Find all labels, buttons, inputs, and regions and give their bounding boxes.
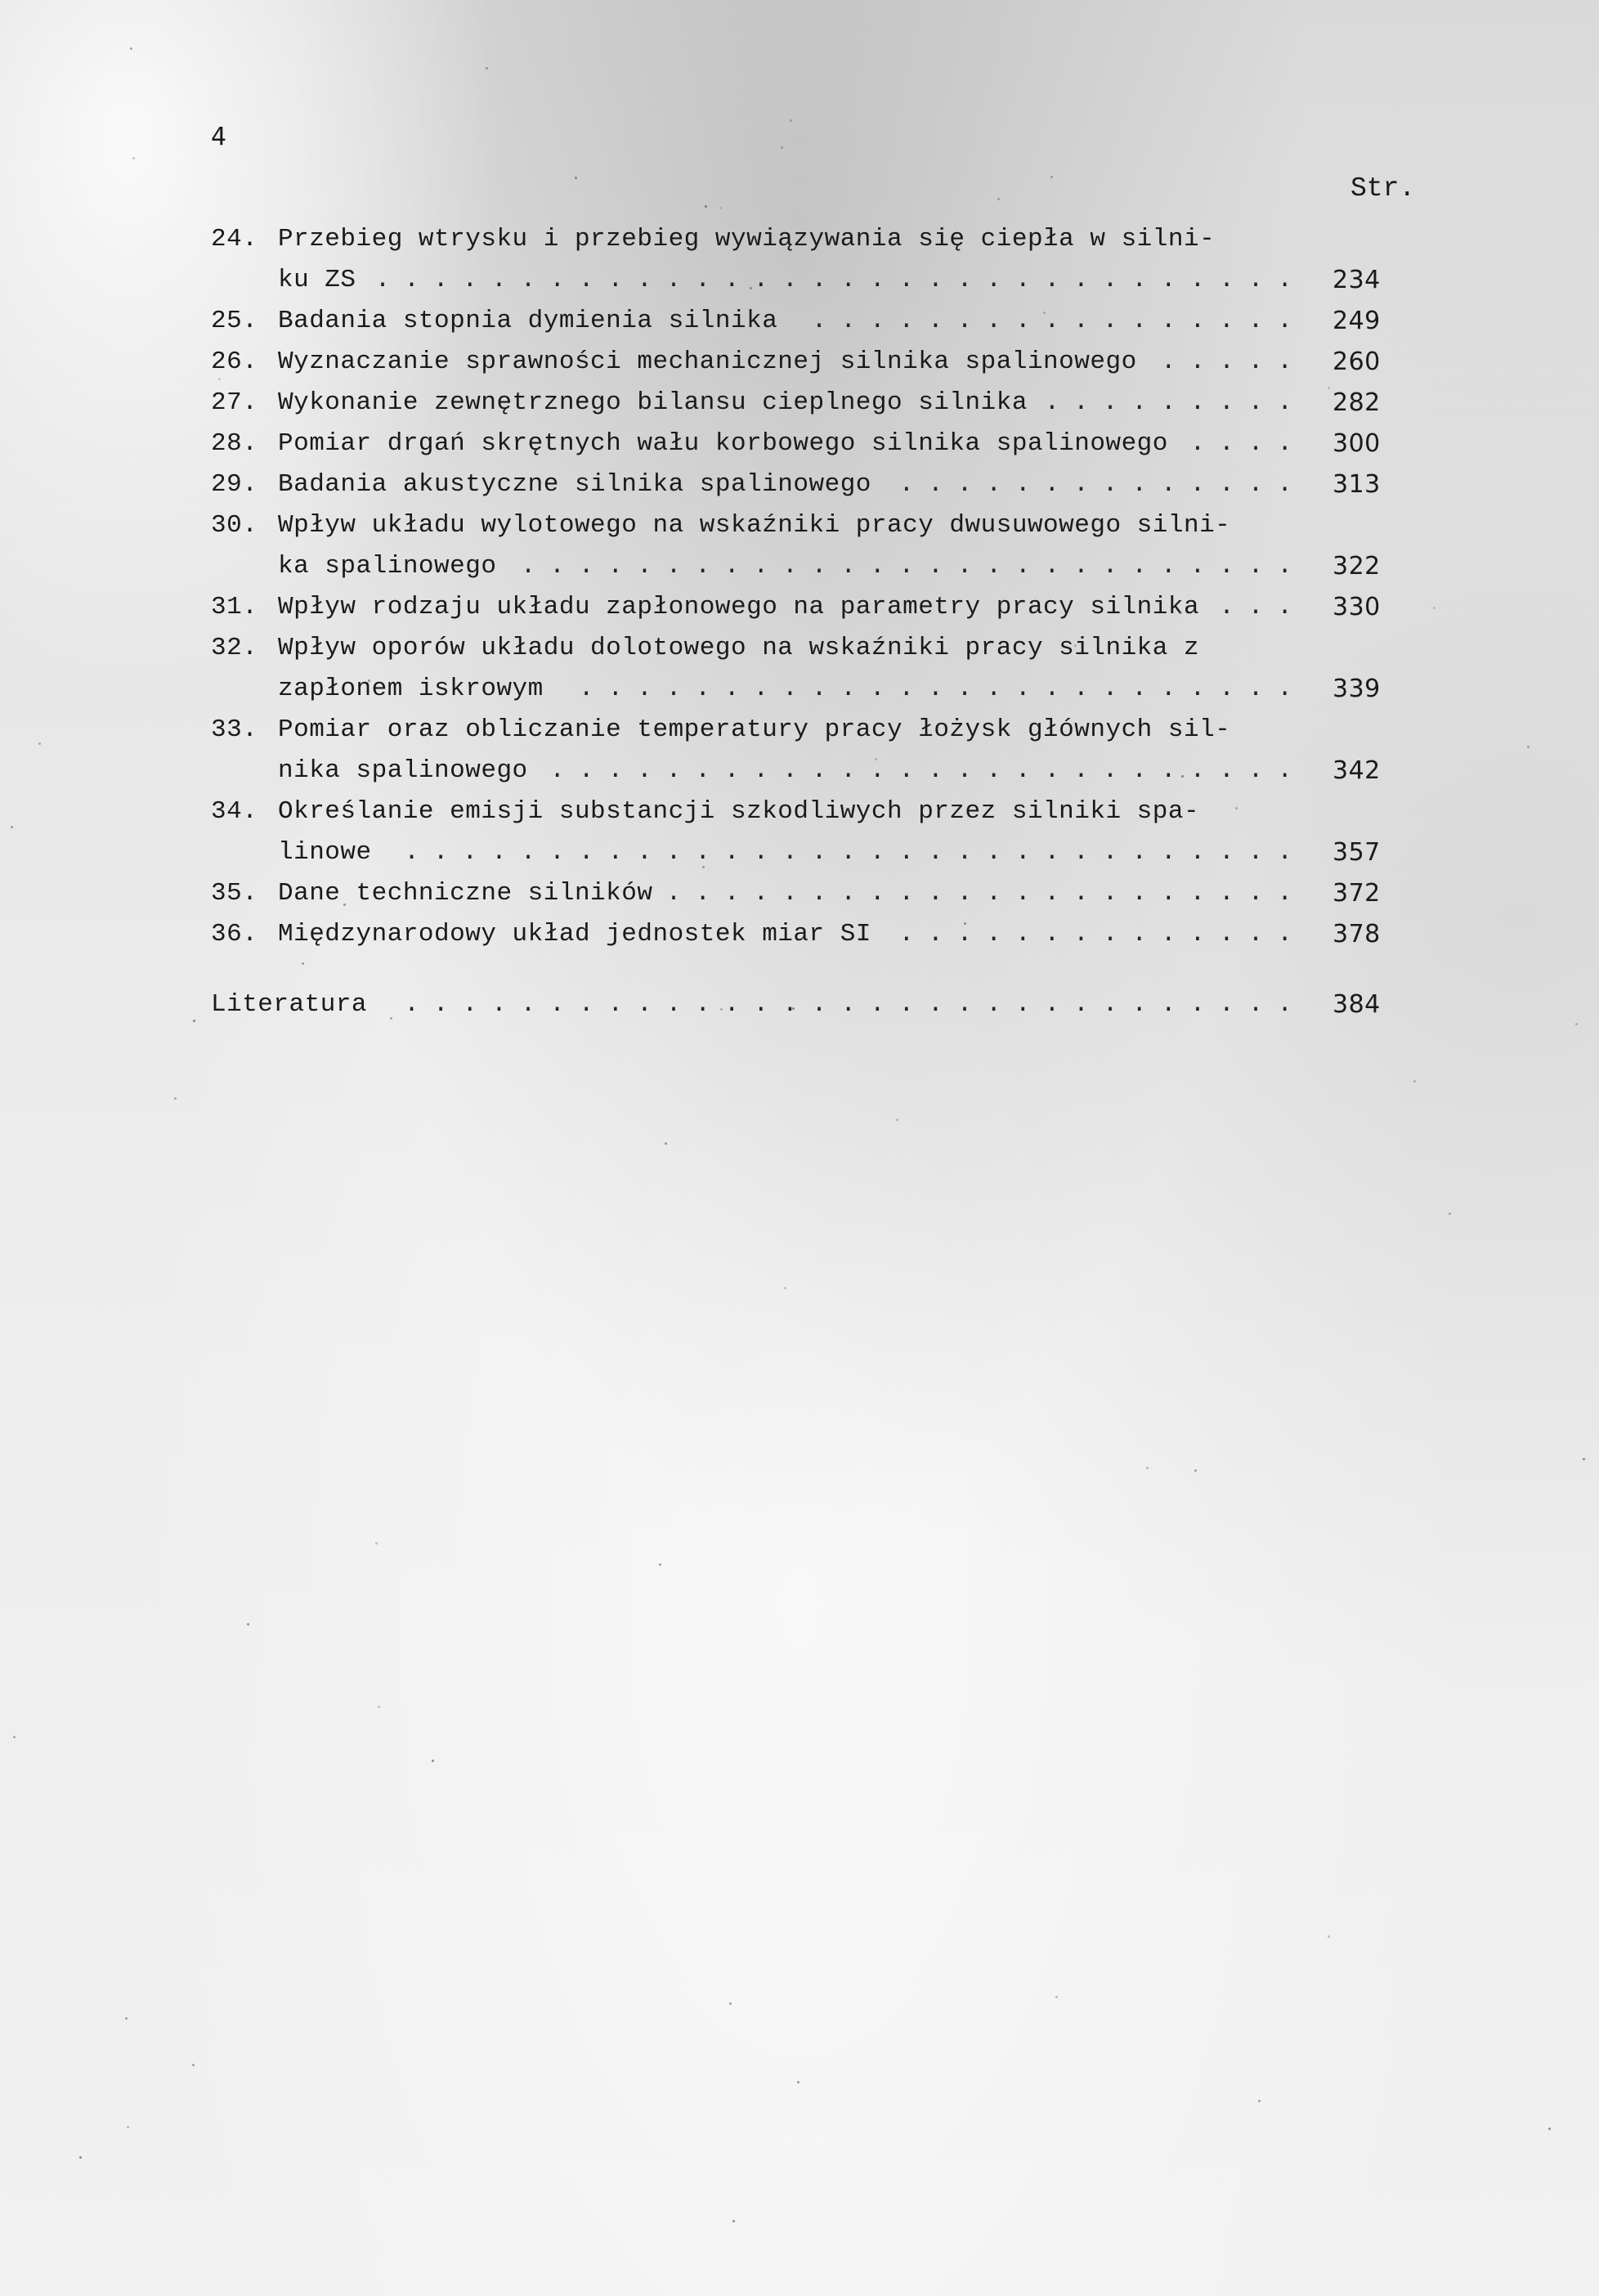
toc-entry-number: 25.: [211, 301, 278, 342]
toc-entry: 33.Pomiar oraz obliczanie temperatury pr…: [211, 710, 1396, 791]
toc-leader-dots: .....: [1161, 342, 1306, 383]
toc-leader-dots: ......................: [666, 873, 1306, 914]
paper-fleck: [719, 207, 722, 209]
paper-fleck: [79, 2156, 82, 2159]
toc-entry: 32.Wpływ oporów układu dolotowego na wsk…: [211, 628, 1396, 710]
paper-fleck: [659, 1563, 661, 1566]
toc-entry: 26.Wyznaczanie sprawności mechanicznej s…: [211, 342, 1396, 383]
paper-fleck: [132, 157, 135, 159]
toc-entry-page: 313: [1332, 464, 1398, 505]
toc-entry-page: 234: [1332, 260, 1398, 301]
table-of-contents: 24.Przebieg wtrysku i przebieg wywiązywa…: [211, 219, 1396, 1025]
toc-entry-line: 28.Pomiar drgań skrętnych wału korbowego…: [211, 424, 1396, 464]
toc-entry-line: 26.Wyznaczanie sprawności mechanicznej s…: [211, 342, 1396, 383]
paper-fleck: [665, 1142, 667, 1145]
toc-entry-page: 357: [1332, 832, 1398, 873]
paper-fleck: [790, 119, 792, 122]
paper-fleck: [174, 1097, 177, 1100]
paper-fleck: [720, 1008, 723, 1011]
paper-fleck: [1235, 807, 1238, 809]
paper-fleck: [38, 742, 41, 745]
toc-literature-label: Literatura: [211, 990, 367, 1019]
toc-entry-line: 30.Wpływ układu wylotowego na wskaźniki …: [211, 505, 1396, 546]
paper-fleck: [343, 904, 346, 906]
toc-entry-number: 28.: [211, 424, 278, 464]
toc-literature: Literatura..............................…: [211, 984, 1396, 1025]
paper-fleck: [127, 2126, 129, 2128]
toc-leader-dots: .........................: [579, 669, 1306, 710]
paper-fleck: [797, 2081, 799, 2083]
paper-fleck: [130, 47, 132, 50]
paper-fleck: [302, 962, 304, 965]
toc-entry: 28.Pomiar drgań skrętnych wału korbowego…: [211, 424, 1396, 464]
toc-entry-title: Pomiar oraz obliczanie temperatury pracy…: [278, 715, 1230, 744]
paper-fleck: [997, 198, 1000, 200]
toc-leader-dots: ....: [1190, 424, 1306, 464]
paper-fleck: [575, 177, 577, 179]
toc-entry-title: Wpływ rodzaju układu zapłonowego na para…: [278, 593, 1199, 621]
toc-entry: 30.Wpływ układu wylotowego na wskaźniki …: [211, 505, 1396, 587]
paper-fleck: [378, 1706, 380, 1708]
paper-fleck: [486, 67, 488, 70]
toc-entry-line: zapłonem iskrowym.......................…: [211, 669, 1396, 710]
paper-fleck: [656, 652, 659, 655]
toc-leader-dots: ...............................: [404, 984, 1306, 1025]
toc-entry-page: 342: [1332, 751, 1398, 791]
toc-entry-title: Badania stopnia dymienia silnika: [278, 307, 777, 335]
paper-fleck: [1413, 1080, 1416, 1083]
toc-entry-title: Międzynarodowy układ jednostek miar SI: [278, 920, 871, 948]
paper-fleck: [218, 378, 221, 380]
paper-fleck: [368, 679, 370, 682]
toc-leader-dots: .........: [1045, 383, 1306, 424]
paper-fleck: [964, 922, 966, 925]
toc-entry: 34.Określanie emisji substancji szkodliw…: [211, 791, 1396, 873]
toc-entry-number: 29.: [211, 464, 278, 505]
paper-fleck: [1328, 1935, 1330, 1938]
paper-fleck: [247, 1623, 249, 1626]
toc-entry-number: 27.: [211, 383, 278, 424]
paper-fleck: [750, 287, 752, 289]
toc-leader-dots: ................................: [375, 260, 1306, 301]
toc-entry-line: 24.Przebieg wtrysku i przebieg wywiązywa…: [211, 219, 1396, 260]
toc-entry-title: Wpływ oporów układu dolotowego na wskaźn…: [278, 634, 1199, 662]
toc-leader-dots: ...: [1219, 587, 1306, 628]
toc-entry-title: Przebieg wtrysku i przebieg wywiązywania…: [278, 225, 1215, 253]
paper-fleck: [792, 1007, 795, 1010]
paper-fleck: [1043, 312, 1046, 314]
toc-entry-line: 33.Pomiar oraz obliczanie temperatury pr…: [211, 710, 1396, 751]
toc-entry-title: ku ZS: [278, 266, 356, 294]
paper-fleck: [1146, 1467, 1149, 1469]
toc-entry: 36.Międzynarodowy układ jednostek miar S…: [211, 914, 1396, 955]
toc-entry-page: 378: [1332, 914, 1398, 955]
toc-entry-line: ku ZS................................234: [211, 260, 1396, 301]
page-column-header: Str.: [1350, 173, 1415, 204]
paper-fleck: [125, 2017, 128, 2020]
toc-entry-page: 339: [1332, 669, 1398, 710]
toc-leader-dots: ..............: [899, 464, 1306, 505]
paper-fleck: [702, 866, 705, 868]
toc-literature-page: 384: [1332, 984, 1398, 1025]
toc-entry-number: 33.: [211, 710, 278, 751]
toc-entry-line: linowe...............................357: [211, 832, 1396, 873]
toc-entry: 31.Wpływ rodzaju układu zapłonowego na p…: [211, 587, 1396, 628]
toc-entry-number: 30.: [211, 505, 278, 546]
toc-entry-title: Określanie emisji substancji szkodliwych…: [278, 797, 1199, 826]
paper-fleck: [1050, 176, 1053, 178]
paper-fleck: [729, 2002, 732, 2005]
toc-entry-page: 322: [1332, 546, 1398, 587]
toc-gap: [211, 955, 1396, 984]
paper-fleck: [781, 146, 783, 149]
toc-entry-title: zapłonem iskrowym: [278, 675, 544, 703]
toc-entry-number: 35.: [211, 873, 278, 914]
toc-entry-title: Badania akustyczne silnika spalinowego: [278, 470, 871, 499]
toc-entry: 24.Przebieg wtrysku i przebieg wywiązywa…: [211, 219, 1396, 301]
toc-entry-line: 27.Wykonanie zewnętrznego bilansu ciepln…: [211, 383, 1396, 424]
toc-entry-page: 282: [1332, 383, 1398, 424]
toc-entry: 35.Dane techniczne silników.............…: [211, 873, 1396, 914]
toc-entry-page: 300: [1332, 424, 1398, 464]
toc-entry-number: 26.: [211, 342, 278, 383]
paper-fleck: [1074, 644, 1077, 647]
toc-entry-page: 260: [1332, 342, 1398, 383]
toc-entry-line: 32.Wpływ oporów układu dolotowego na wsk…: [211, 628, 1396, 669]
toc-leader-dots: .................: [812, 301, 1306, 342]
paper-fleck: [732, 2220, 735, 2222]
toc-entry-page: 249: [1332, 301, 1398, 342]
toc-entry-line: 31.Wpływ rodzaju układu zapłonowego na p…: [211, 587, 1396, 628]
toc-leader-dots: ...........................: [521, 546, 1306, 587]
paper-fleck: [1055, 1996, 1058, 1998]
toc-entry-line: nika spalinowego........................…: [211, 751, 1396, 791]
paper-fleck: [1179, 612, 1181, 614]
page-number: 4: [211, 123, 226, 151]
paper-fleck: [1181, 775, 1184, 778]
paper-fleck: [1548, 2128, 1551, 2130]
toc-entry-line: 34.Określanie emisji substancji szkodliw…: [211, 791, 1396, 832]
toc-entry-title: ka spalinowego: [278, 552, 496, 581]
paper-fleck: [1583, 1458, 1585, 1460]
toc-entry: 29.Badania akustyczne silnika spalinoweg…: [211, 464, 1396, 505]
toc-entry-number: 24.: [211, 219, 278, 260]
paper-fleck: [784, 1287, 786, 1289]
toc-entry-line: 25.Badania stopnia dymienia silnika.....…: [211, 301, 1396, 342]
toc-entry-title: Wykonanie zewnętrznego bilansu cieplnego…: [278, 388, 1028, 417]
toc-entry-line: 36.Międzynarodowy układ jednostek miar S…: [211, 914, 1396, 955]
toc-entry-number: 32.: [211, 628, 278, 669]
toc-entry-title: nika spalinowego: [278, 756, 528, 785]
toc-entry: 25.Badania stopnia dymienia silnika.....…: [211, 301, 1396, 342]
toc-entry-title: Wyznaczanie sprawności mechanicznej siln…: [278, 348, 1137, 376]
toc-entry-line: 29.Badania akustyczne silnika spalinoweg…: [211, 464, 1396, 505]
toc-entry-number: 34.: [211, 791, 278, 832]
paper-fleck: [705, 205, 707, 208]
paper-fleck: [1575, 1023, 1578, 1025]
toc-leader-dots: ..........................: [549, 751, 1306, 791]
paper-fleck: [1258, 2100, 1261, 2102]
paper-fleck: [1328, 387, 1330, 389]
paper-fleck: [193, 1020, 195, 1022]
paper-fleck: [875, 758, 877, 760]
toc-entry-title: Pomiar drgań skrętnych wału korbowego si…: [278, 429, 1168, 458]
paper-fleck: [1449, 1213, 1451, 1215]
paper-fleck: [1433, 607, 1436, 609]
toc-entry-line: ka spalinowego..........................…: [211, 546, 1396, 587]
toc-entry-page: 372: [1332, 873, 1398, 914]
toc-entry-line: 35.Dane techniczne silników.............…: [211, 873, 1396, 914]
toc-leader-dots: ..............: [899, 914, 1306, 955]
toc-entry-page: 330: [1332, 587, 1398, 628]
paper-fleck: [390, 1017, 392, 1020]
toc-entry: 27.Wykonanie zewnętrznego bilansu ciepln…: [211, 383, 1396, 424]
paper-fleck: [1194, 1469, 1197, 1472]
paper-fleck: [375, 1542, 378, 1545]
toc-entry-title: Wpływ układu wylotowego na wskaźniki pra…: [278, 511, 1230, 540]
paper-fleck: [432, 1760, 434, 1762]
paper-fleck: [13, 1736, 16, 1738]
paper-fleck: [192, 2064, 195, 2066]
toc-entry-title: linowe: [278, 838, 372, 867]
toc-leader-dots: ...............................: [404, 832, 1306, 873]
toc-entry-number: 36.: [211, 914, 278, 955]
paper-fleck: [1527, 746, 1530, 748]
toc-entry-number: 31.: [211, 587, 278, 628]
paper-fleck: [11, 826, 13, 828]
toc-entry-title: Dane techniczne silników: [278, 879, 652, 908]
paper-fleck: [896, 1119, 898, 1121]
